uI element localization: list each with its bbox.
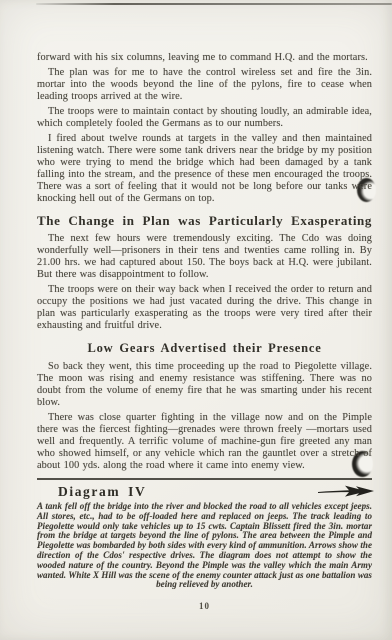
paragraph: The troops were to maintain contact by s…	[37, 106, 372, 130]
page-number: 10	[37, 601, 372, 611]
diagram-caption: A tank fell off the bridge into the rive…	[37, 502, 372, 590]
section-heading-low-gears: Low Gears Advertised their Presence	[37, 341, 372, 356]
paragraph: The troops were on their way back when I…	[37, 284, 372, 332]
paragraph: The plan was for me to have the control …	[37, 67, 372, 103]
page-top-edge-rule	[36, 3, 392, 5]
paragraph: So back they went, this time proceeding …	[37, 361, 372, 409]
section-heading-change-in-plan: The Change in Plan was Particularly Exas…	[37, 213, 372, 229]
book-page: forward with his six columns, leaving me…	[0, 0, 392, 640]
paragraph: forward with his six columns, leaving me…	[37, 52, 372, 64]
paragraph: I fired about twelve rounds at targets i…	[37, 133, 372, 205]
text-column: forward with his six columns, leaving me…	[37, 52, 372, 611]
right-arrow-icon	[318, 484, 374, 498]
diagram-note-section: Diagram IV A tank fell off the bridge in…	[37, 478, 372, 590]
paragraph: There was close quarter fighting in the …	[37, 412, 372, 472]
paragraph: The next few hours were tremendously exc…	[37, 233, 372, 281]
